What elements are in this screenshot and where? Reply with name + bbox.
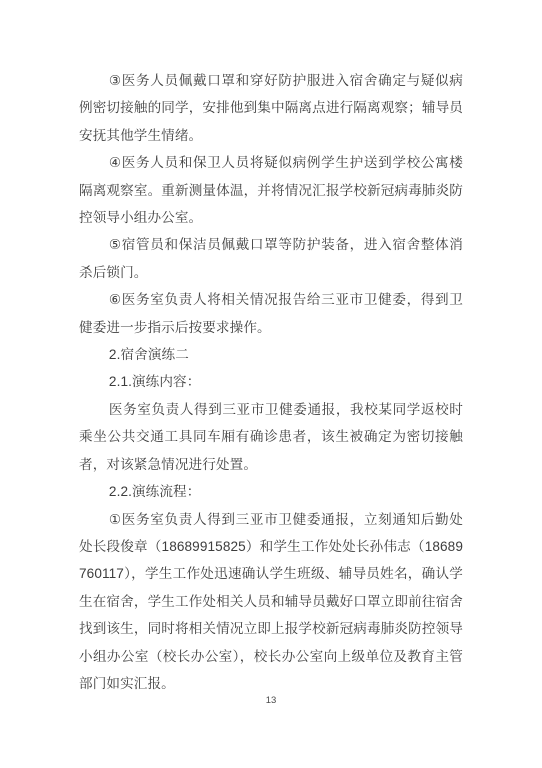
step-6-report-paragraph: ⑥医务室负责人将相关情况报告给三亚市卫健委，得到卫健委进一步指示后按要求操作。 [79,286,463,341]
document-body-text: ③医务人员佩戴口罩和穿好防护服进入宿舍确定与疑似病例密切接触的同学，安排他到集中… [79,67,463,697]
step-1-drill-process-paragraph: ①医务室负责人得到三亚市卫健委通报，立刻通知后勤处处长段俊章（186899158… [79,506,463,698]
step-5-disinfect-paragraph: ⑤宿管员和保洁员佩戴口罩等防护装备，进入宿舍整体消杀后锁门。 [79,231,463,286]
document-page: ③医务人员佩戴口罩和穿好防护服进入宿舍确定与疑似病例密切接触的同学，安排他到集中… [0,0,542,768]
step-3-medical-staff-paragraph: ③医务人员佩戴口罩和穿好防护服进入宿舍确定与疑似病例密切接触的同学，安排他到集中… [79,67,463,149]
page-number: 13 [79,695,463,706]
subsection-heading-drill-content: 2.1.演练内容： [79,368,463,395]
drill-content-paragraph: 医务室负责人得到三亚市卫健委通报，我校某同学返校时乘坐公共交通工具同车厢有确诊患… [79,396,463,478]
subsection-heading-drill-process: 2.2.演练流程： [79,478,463,505]
section-heading-dorm-drill-2: 2.宿舍演练二 [79,341,463,368]
step-4-escort-paragraph: ④医务人员和保卫人员将疑似病例学生护送到学校公寓楼隔离观察室。重新测量体温，并将… [79,149,463,231]
